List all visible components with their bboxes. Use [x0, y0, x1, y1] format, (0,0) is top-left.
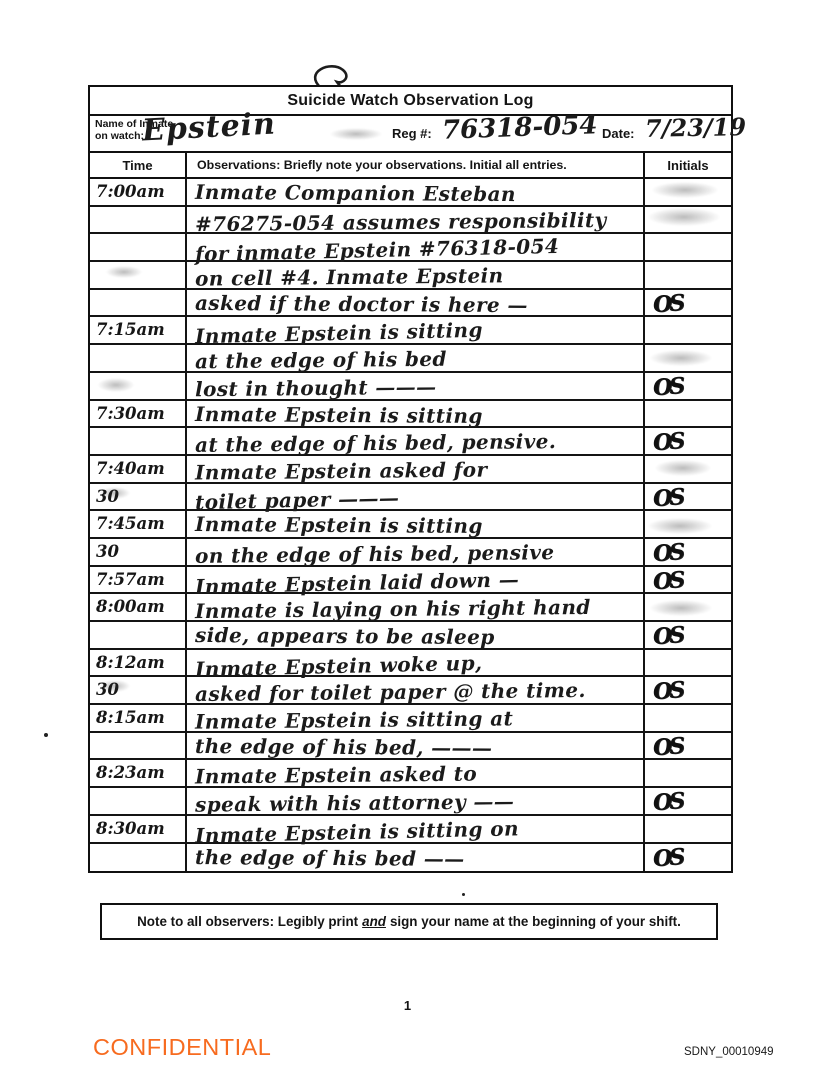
observation-text: Inmate Epstein is sitting — [195, 401, 483, 427]
time-cell — [90, 234, 187, 260]
observation-cell: Inmate Epstein is sitting at — [187, 705, 645, 731]
observer-note: Note to all observers: Legibly print and… — [100, 903, 718, 940]
observation-cell: the edge of his bed, ——— — [187, 733, 645, 759]
initials-cell — [645, 262, 731, 288]
initials-cell: OS — [645, 484, 731, 510]
observation-cell: Inmate Epstein asked to — [187, 760, 645, 786]
observation-text: the edge of his bed, ——— — [195, 734, 493, 760]
observation-row: 8:23am Inmate Epstein asked to — [90, 760, 731, 788]
time-cell — [90, 622, 187, 648]
observation-cell: speak with his attorney —— — [187, 788, 645, 814]
observation-row: 7:15am Inmate Epstein is sitting — [90, 317, 731, 345]
observer-initials: OS — [652, 566, 683, 594]
observation-text: on cell #4. Inmate Epstein — [195, 263, 504, 290]
initials-cell — [645, 760, 731, 786]
observer-initials: OS — [652, 788, 683, 816]
initials-cell — [645, 234, 731, 260]
initials-cell: OS — [645, 788, 731, 814]
initials-cell: OS — [645, 622, 731, 648]
reg-number-label: Reg #: — [392, 126, 432, 141]
date-value: 7/23/19 — [645, 112, 747, 143]
scan-artifact — [648, 208, 720, 226]
time-cell: 8:30am — [90, 816, 187, 842]
time-cell — [90, 207, 187, 233]
observation-table-body: 7:00am Inmate Companion Esteban #76275-0… — [90, 179, 731, 871]
observation-text: Inmate Epstein is sitting — [195, 512, 483, 538]
observation-row: 7:57am Inmate Epstein laid down — OS — [90, 567, 731, 595]
observation-row: at the edge of his bed, pensive. OS — [90, 428, 731, 456]
observation-cell: #76275-054 assumes responsibility — [187, 207, 645, 233]
time-cell — [90, 290, 187, 316]
observation-row: lost in thought ——— OS — [90, 373, 731, 401]
observation-cell: at the edge of his bed — [187, 345, 645, 371]
observation-cell: Inmate Epstein is sitting on — [187, 816, 645, 842]
observation-text: #76275-054 assumes responsibility — [195, 208, 607, 236]
observation-row: 7:30am Inmate Epstein is sitting — [90, 401, 731, 429]
observer-initials: OS — [652, 539, 683, 567]
time-cell — [90, 345, 187, 371]
observation-cell: Inmate Epstein is sitting — [187, 511, 645, 537]
scan-artifact — [100, 487, 130, 499]
observation-row: 8:00am Inmate is laying on his right han… — [90, 594, 731, 622]
observer-initials: OS — [652, 677, 683, 705]
date-label: Date: — [602, 126, 635, 141]
time-cell: 8:12am — [90, 650, 187, 676]
time-cell: 8:15am — [90, 705, 187, 731]
scan-artifact — [648, 518, 712, 534]
observer-initials: OS — [652, 483, 683, 511]
observation-cell: Inmate Epstein woke up, — [187, 650, 645, 676]
observation-text: at the edge of his bed, pensive. — [195, 429, 556, 457]
form-identity-row: Name of Inmate on watch: Epstein Reg #: … — [90, 116, 731, 153]
observation-cell: lost in thought ——— — [187, 373, 645, 399]
initials-cell — [645, 650, 731, 676]
observation-text: lost in thought ——— — [195, 375, 437, 402]
scan-artifact — [44, 733, 48, 737]
time-cell: 7:45am — [90, 511, 187, 537]
time-cell: 8:00am — [90, 594, 187, 620]
initials-cell: OS — [645, 539, 731, 565]
observation-cell: the edge of his bed —— — [187, 844, 645, 872]
time-cell: 7:30am — [90, 401, 187, 427]
observation-text: Inmate Epstein asked for — [195, 457, 488, 484]
observation-row: 8:12am Inmate Epstein woke up, — [90, 650, 731, 678]
page-number: 1 — [0, 998, 815, 1013]
observation-log-form: Suicide Watch Observation Log Name of In… — [88, 85, 733, 873]
reg-number-value: 76318-054 — [442, 110, 598, 145]
observation-row: #76275-054 assumes responsibility — [90, 207, 731, 235]
scanned-document-page: Suicide Watch Observation Log Name of In… — [0, 0, 815, 1069]
observation-row: on cell #4. Inmate Epstein — [90, 262, 731, 290]
time-cell: 7:00am — [90, 179, 187, 205]
observation-cell: on cell #4. Inmate Epstein — [187, 262, 645, 288]
scan-artifact — [650, 600, 712, 616]
column-header-observations: Observations: Briefly note your observat… — [187, 153, 645, 177]
observer-initials: OS — [652, 733, 683, 761]
time-cell: 7:40am — [90, 456, 187, 482]
initials-cell — [645, 705, 731, 731]
confidential-stamp: CONFIDENTIAL — [93, 1034, 271, 1061]
scan-artifact — [655, 460, 711, 476]
observation-text: Inmate is laying on his right hand — [195, 595, 591, 623]
observation-cell: for inmate Epstein #76318-054 — [187, 234, 645, 260]
observation-text: side, appears to be asleep — [195, 623, 495, 649]
time-cell: 8:23am — [90, 760, 187, 786]
observation-cell: asked for toilet paper @ the time. — [187, 677, 645, 703]
initials-cell — [645, 401, 731, 427]
initials-cell: OS — [645, 844, 731, 872]
observation-text: speak with his attorney —— — [195, 789, 514, 816]
scan-artifact — [98, 378, 134, 392]
time-cell — [90, 788, 187, 814]
observation-cell: Inmate Companion Esteban — [187, 179, 645, 205]
observation-row: the edge of his bed —— OS — [90, 844, 731, 872]
observation-text: Inmate Epstein woke up, — [195, 650, 483, 681]
observation-row: the edge of his bed, ——— OS — [90, 733, 731, 761]
observer-initials: OS — [652, 373, 683, 401]
observation-row: 30 toilet paper ——— OS — [90, 484, 731, 512]
observation-text: Inmate Epstein asked to — [195, 762, 477, 789]
initials-cell: OS — [645, 567, 731, 593]
initials-cell: OS — [645, 677, 731, 703]
observation-text: the edge of his bed —— — [195, 845, 465, 871]
scan-artifact — [652, 182, 718, 198]
time-cell — [90, 428, 187, 454]
observation-cell: Inmate Epstein is sitting — [187, 317, 645, 343]
observation-row: 30 asked for toilet paper @ the time. OS — [90, 677, 731, 705]
scan-artifact — [330, 128, 382, 140]
observation-cell: at the edge of his bed, pensive. — [187, 428, 645, 454]
column-header-initials: Initials — [645, 158, 731, 173]
initials-cell: OS — [645, 733, 731, 759]
observation-row: asked if the doctor is here — OS — [90, 290, 731, 318]
observation-text: Inmate Epstein is sitting — [195, 318, 483, 349]
observer-initials: OS — [652, 843, 683, 871]
observation-text: at the edge of his bed — [195, 347, 447, 374]
observation-cell: Inmate Epstein is sitting — [187, 401, 645, 427]
initials-cell: OS — [645, 373, 731, 399]
observation-text: Inmate Companion Esteban — [195, 180, 516, 206]
table-header-row: Time Observations: Briefly note your obs… — [90, 153, 731, 179]
observation-row: speak with his attorney —— OS — [90, 788, 731, 816]
observation-row: 7:00am Inmate Companion Esteban — [90, 179, 731, 207]
note-text-and: and — [362, 914, 386, 929]
bates-number: SDNY_00010949 — [684, 1046, 774, 1058]
observation-row: side, appears to be asleep OS — [90, 622, 731, 650]
observation-row: 7:40am Inmate Epstein asked for — [90, 456, 731, 484]
time-cell: 30 — [90, 539, 187, 565]
observation-row: 8:30am Inmate Epstein is sitting on — [90, 816, 731, 844]
initials-cell: OS — [645, 290, 731, 316]
time-cell — [90, 844, 187, 872]
inmate-name-value: Epstein — [141, 107, 277, 149]
observation-cell: asked if the doctor is here — — [187, 290, 645, 316]
observation-row: for inmate Epstein #76318-054 — [90, 234, 731, 262]
scan-artifact — [650, 350, 712, 366]
observation-cell: on the edge of his bed, pensive — [187, 539, 645, 565]
note-text-suffix: sign your name at the beginning of your … — [390, 914, 681, 929]
time-cell: 7:15am — [90, 317, 187, 343]
observation-text: toilet paper ——— — [195, 485, 400, 514]
observation-cell: Inmate is laying on his right hand — [187, 594, 645, 620]
observer-initials: OS — [652, 622, 683, 650]
observation-cell: toilet paper ——— — [187, 484, 645, 510]
observation-row: at the edge of his bed — [90, 345, 731, 373]
observer-initials: OS — [652, 290, 683, 318]
initials-cell — [645, 317, 731, 343]
observation-text: asked if the doctor is here — — [195, 291, 528, 317]
observation-cell: side, appears to be asleep — [187, 622, 645, 648]
initials-cell: OS — [645, 428, 731, 454]
scan-artifact — [100, 680, 130, 692]
time-cell: 7:57am — [90, 567, 187, 593]
column-header-time: Time — [90, 153, 187, 177]
scan-artifact — [106, 266, 142, 278]
observation-text: Inmate Epstein is sitting at — [195, 706, 513, 733]
observation-cell: Inmate Epstein laid down — — [187, 567, 645, 593]
observer-initials: OS — [652, 428, 683, 456]
observation-row: 7:45am Inmate Epstein is sitting — [90, 511, 731, 539]
observation-text: on the edge of his bed, pensive — [195, 540, 555, 568]
initials-cell — [645, 816, 731, 842]
observation-row: 8:15am Inmate Epstein is sitting at — [90, 705, 731, 733]
note-text-prefix: Note to all observers: Legibly print — [137, 914, 358, 929]
scan-artifact — [462, 893, 465, 896]
observation-row: 30 on the edge of his bed, pensive OS — [90, 539, 731, 567]
time-cell — [90, 733, 187, 759]
observation-cell: Inmate Epstein asked for — [187, 456, 645, 482]
observation-text: asked for toilet paper @ the time. — [195, 678, 586, 706]
